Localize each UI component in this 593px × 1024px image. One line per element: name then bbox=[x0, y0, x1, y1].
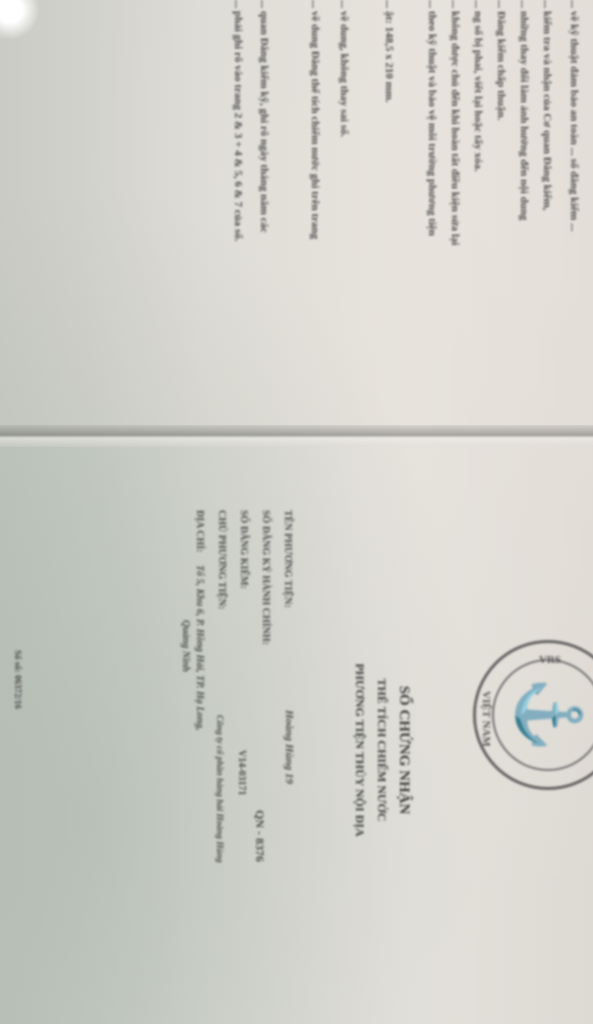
title-line-3: PHƯƠNG TIỆN THỦY NỘI ĐỊA bbox=[349, 600, 371, 900]
field-value-continued: Quảng Ninh bbox=[180, 620, 191, 672]
seal-left-text: VRS bbox=[539, 654, 561, 666]
field-value: Hoàng Hùng 19 bbox=[283, 710, 295, 784]
field-registry-number: SỐ ĐĂNG KIỂM: V14-03171 bbox=[238, 510, 249, 589]
text-line: ... quan Đăng kiểm kỹ, ghi rõ ngày tháng… bbox=[257, 0, 270, 233]
text-line: ... kiểm tra và nhận của Cơ quan Đăng ki… bbox=[540, 0, 553, 211]
registry-seal: ⚓ ĐĂNG KIỂM VRS VIỆT NAM bbox=[473, 640, 593, 790]
field-label: TÊN PHƯƠNG TIỆN: bbox=[282, 510, 293, 608]
text-line: ... Đăng kiểm chấp thuận. bbox=[494, 0, 507, 120]
text-line: ... ng sổ bị phai, viết lại hoặc tẩy xóa… bbox=[471, 0, 484, 172]
title-line-1: SỔ CHỨNG NHẬN bbox=[393, 600, 415, 900]
text-line: ... phải ghi rõ vào trang 2 & 3 + 4 & 5,… bbox=[231, 0, 244, 242]
field-value: Tổ 5, Khu 6, P. Hồng Hải, TP. Hạ Long, bbox=[194, 565, 205, 731]
seal-bottom-text: VIỆT NAM bbox=[480, 691, 492, 747]
upper-page: ... về kỹ thuật đảm bảo an toàn ... sổ đ… bbox=[0, 0, 575, 430]
field-label: SỐ ĐĂNG KIỂM: bbox=[238, 510, 249, 589]
field-value: Công ty cổ phần hàng hải Hoàng Hùng bbox=[215, 715, 225, 863]
text-line: ... về dung, không thay sai số. bbox=[337, 0, 350, 137]
field-address: ĐỊA CHỈ: Tổ 5, Khu 6, P. Hồng Hải, TP. H… bbox=[194, 510, 205, 553]
page-fold bbox=[0, 425, 593, 447]
anchor-icon: ⚓ bbox=[517, 676, 579, 753]
book-serial-number: Số sổ: 06372/16 bbox=[13, 650, 23, 709]
lower-page: ⚓ ĐĂNG KIỂM VRS VIỆT NAM SỔ CHỨNG NHẬN T… bbox=[0, 450, 593, 1024]
field-owner: CHỦ PHƯƠNG TIỆN: Công ty cổ phần hàng hả… bbox=[216, 510, 227, 609]
title-line-2: THỂ TÍCH CHIẾM NƯỚC bbox=[371, 600, 393, 900]
text-line: ... ật: 148,5 x 210 mm. bbox=[382, 0, 395, 103]
field-value: V14-03171 bbox=[236, 750, 247, 796]
field-value: QN - 8376 bbox=[252, 810, 267, 862]
text-line: ... không được chủ đến khi hoàn tất điều… bbox=[448, 0, 461, 245]
certificate-title: SỔ CHỨNG NHẬN THỂ TÍCH CHIẾM NƯỚC PHƯƠNG… bbox=[349, 600, 415, 900]
text-line: ... những thay đổi làm ảnh hưởng đến nội… bbox=[517, 0, 530, 220]
field-vessel-name: TÊN PHƯƠNG TIỆN: Hoàng Hùng 19 bbox=[282, 510, 293, 608]
field-admin-registration: SỐ ĐĂNG KÝ HÀNH CHÍNH: QN - 8376 bbox=[260, 510, 271, 645]
text-line: ... về dung Đăng thể tích chiếm nước ghi… bbox=[308, 0, 321, 239]
text-line: ... về kỹ thuật đảm bảo an toàn ... sổ đ… bbox=[567, 0, 580, 231]
field-label: CHỦ PHƯƠNG TIỆN: bbox=[216, 510, 227, 609]
field-label: ĐỊA CHỈ: bbox=[194, 510, 205, 553]
field-label: SỐ ĐĂNG KÝ HÀNH CHÍNH: bbox=[260, 510, 271, 645]
text-line: ... theo kỹ thuật và bảo vệ môi trường p… bbox=[425, 0, 438, 236]
